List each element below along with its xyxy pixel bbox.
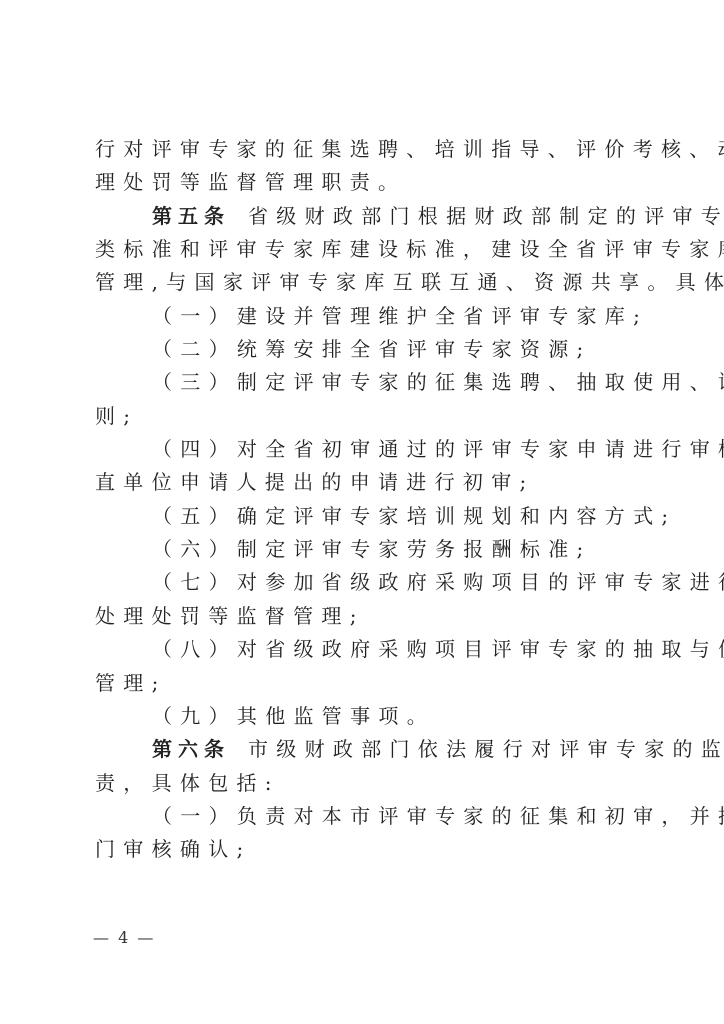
text-line: 理处罚等监督管理职责。 — [95, 166, 640, 199]
document-body: 行对评审专家的征集选聘、培训指导、评价考核、动态管理、处 理处罚等监督管理职责。… — [95, 133, 640, 867]
list-item: （八）对省级政府采购项目评审专家的抽取与使用进行监督 — [95, 633, 640, 666]
list-item: （四）对全省初审通过的评审专家申请进行审核选聘，对省 — [95, 433, 640, 466]
text-line: 责，具体包括: — [95, 767, 640, 800]
list-item: （九）其他监管事项。 — [95, 700, 640, 733]
text-line: 管理; — [95, 667, 640, 700]
article-5-heading-line: 第五条省级财政部门根据财政部制定的评审专家专业分 — [95, 200, 640, 233]
text-line: 管理,与国家评审专家库互联互通、资源共享。具体职责包括: — [95, 266, 640, 299]
list-item: （一）负责对本市评审专家的征集和初审，并报上级财政部 — [95, 800, 640, 833]
list-item: （五）确定评审专家培训规划和内容方式; — [95, 500, 640, 533]
list-item: （三）制定评审专家的征集选聘、抽取使用、评价考核等规 — [95, 366, 640, 399]
text-line: 则; — [95, 400, 640, 433]
text-line: 直单位申请人提出的申请进行初审; — [95, 466, 640, 499]
list-item: （二）统筹安排全省评审专家资源; — [95, 333, 640, 366]
text-line: 行对评审专家的征集选聘、培训指导、评价考核、动态管理、处 — [95, 133, 640, 166]
text-line: 类标准和评审专家库建设标准，建设全省评审专家库并实行动态 — [95, 233, 640, 266]
document-page: 行对评审专家的征集选聘、培训指导、评价考核、动态管理、处 理处罚等监督管理职责。… — [0, 0, 724, 1024]
list-item: （一）建设并管理维护全省评审专家库; — [95, 300, 640, 333]
article-label: 第五条 — [152, 204, 230, 228]
text-line: 处理处罚等监督管理; — [95, 600, 640, 633]
article-label: 第六条 — [152, 737, 230, 761]
list-item: （七）对参加省级政府采购项目的评审专家进行评价考核、 — [95, 566, 640, 599]
article-6-heading-line: 第六条市级财政部门依法履行对评审专家的监督管理职 — [95, 733, 640, 766]
text-line: 门审核确认; — [95, 833, 640, 866]
page-number: — 4 — — [93, 928, 155, 947]
list-item: （六）制定评审专家劳务报酬标准; — [95, 533, 640, 566]
